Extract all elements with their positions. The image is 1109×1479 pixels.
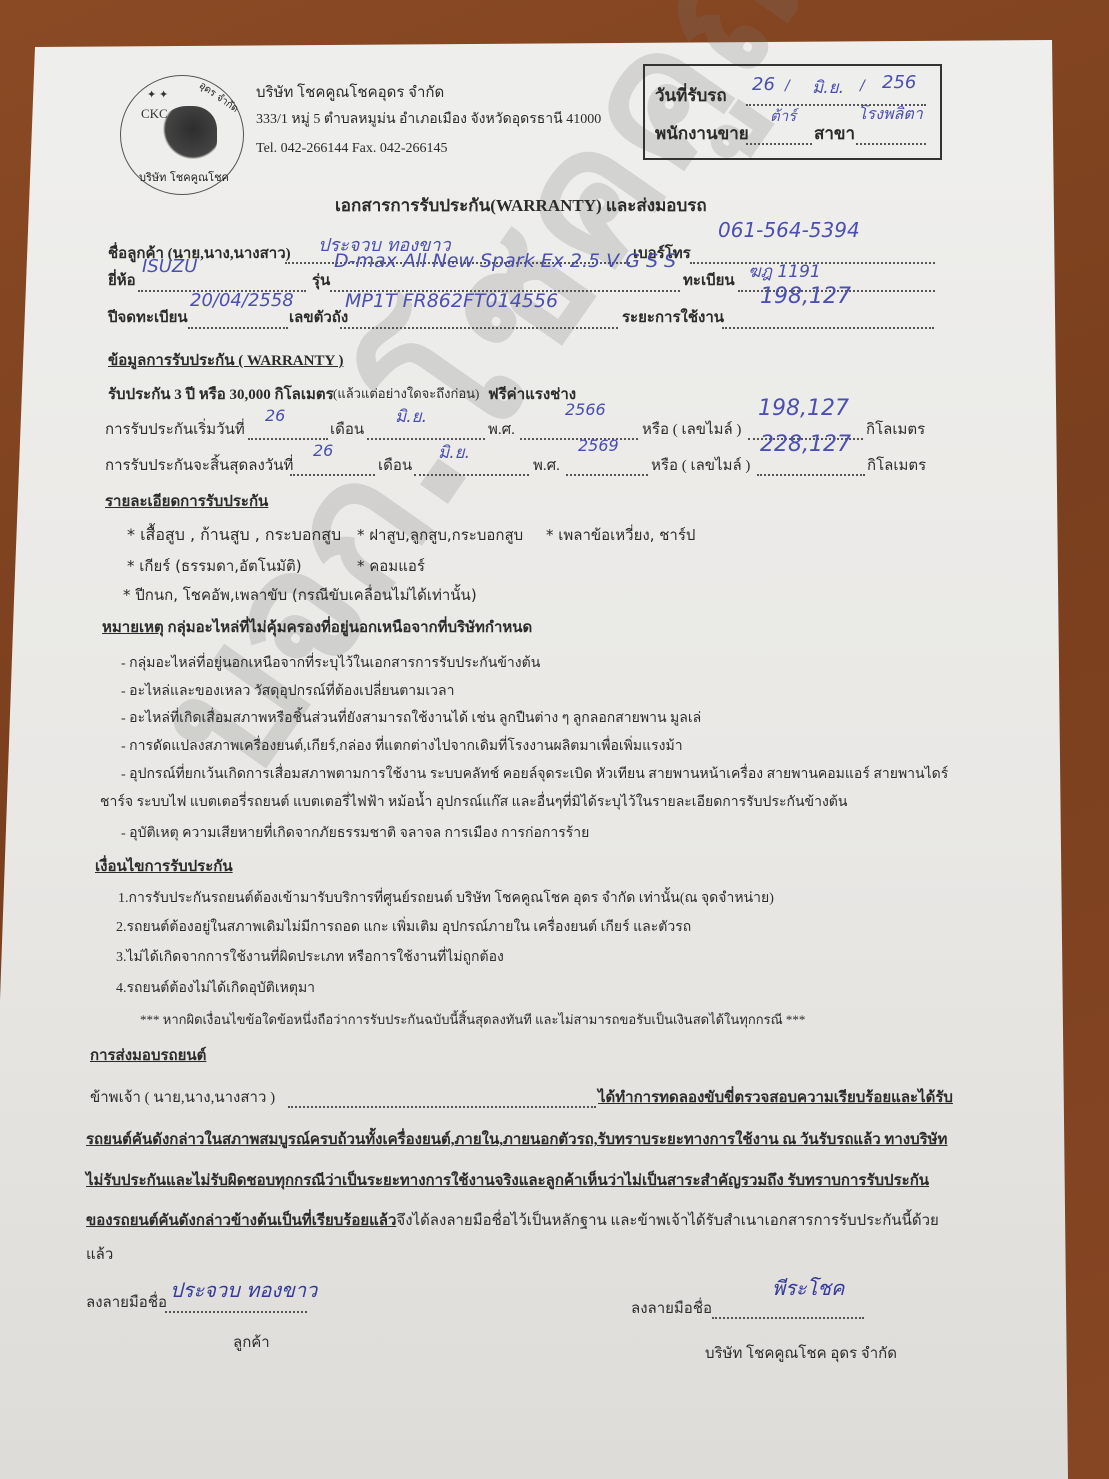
company-logo: ✦ ✦ CKC อุดร จำกัด บริษัท โชคคูณโชค <box>120 75 244 195</box>
end-year-value: 2569 <box>578 436 619 455</box>
remarks-heading-rest: กลุ่มอะไหล่ที่ไม่คุ้มครองที่อยู่นอกเหนือ… <box>168 620 533 636</box>
mileage-label: ระยะการใช้งาน <box>622 305 724 329</box>
end-month-label: เดือน <box>378 453 412 477</box>
receipt-date-year: 256 <box>882 72 916 93</box>
customer-role: ลูกค้า <box>233 1330 270 1354</box>
start-year-value: 2566 <box>565 400 606 419</box>
customer-signature: ประจวบ ทองขาว <box>170 1274 317 1306</box>
remark-item: - อุบัติเหตุ ความเสียหายที่เกิดจากภัยธรร… <box>121 822 589 844</box>
coverage-item: * ปีกนก, โชคอัพ,เพลาขับ (กรณีขับเคลื่อนไ… <box>123 583 477 607</box>
condition-item: 2.รถยนต์ต้องอยู่ในสภาพเดิมไม่มีการถอด แก… <box>116 916 691 938</box>
coverage-item: * ฝาสูบ,ลูกสูบ,กระบอกสูบ <box>357 523 523 547</box>
delivery-line4: ของรถยนต์คันดังกล่าวข้างต้นเป็นที่เรียบร… <box>86 1208 939 1232</box>
remark-item: - อะไหล่ที่เกิดเสื่อมสภาพหรือชิ้นส่วนที่… <box>121 707 701 729</box>
warranty-info-heading: ข้อมูลการรับประกัน ( WARRANTY ) <box>108 348 343 372</box>
brand-value: ISUZU <box>142 256 197 277</box>
coverage-item: * เสื้อสูบ , ก้านสูบ , กระบอกสูบ <box>127 523 341 548</box>
conditions-heading: เงื่อนไขการรับประกัน <box>95 854 233 878</box>
logo-ring-bottom: บริษัท โชคคูณโชค <box>139 168 229 186</box>
free-labor-label: ฟรีค่าแรงช่าง <box>488 382 576 406</box>
remark-item: - อุปกรณ์ที่ยกเว้นเกิดการเสื่อมสภาพตามกา… <box>121 763 948 785</box>
start-year-label: พ.ศ. <box>488 417 515 441</box>
star-icon: ✦ ✦ <box>147 88 168 101</box>
end-mileage-label: หรือ ( เลขไมล์ ) <box>651 453 750 477</box>
coverage-item: * เกียร์ (ธรรมดา,อัตโนมัติ) <box>127 554 302 578</box>
plate-value: ฆฎ 1191 <box>748 258 821 285</box>
start-month-value: มิ.ย. <box>395 403 427 430</box>
condition-item: 4.รถยนต์ต้องไม่ได้เกิดอุบัติเหตุมา <box>116 977 315 999</box>
company-sign-label: ลงลายมือชื่อ <box>631 1296 712 1320</box>
reg-year-value: 20/04/2558 <box>190 290 294 311</box>
delivery-line5: แล้ว <box>86 1242 113 1266</box>
branch-value: โรงพลิตา <box>858 102 923 127</box>
chassis-value: MP1T FR862FT014556 <box>345 290 558 312</box>
delivery-line1-suffix: ได้ทำการทดลองขับขี่ตรวจสอบความเรียบร้อยแ… <box>598 1085 953 1109</box>
coverage-item: * คอมแอร์ <box>357 554 425 578</box>
end-year-field[interactable] <box>566 454 648 476</box>
mileage-field[interactable] <box>722 307 934 329</box>
plate-label: ทะเบียน <box>683 268 735 292</box>
receipt-date-day: 26 <box>752 74 775 95</box>
start-day-value: 26 <box>265 406 285 425</box>
warranty-terms: รับประกัน 3 ปี หรือ 30,000 กิโลเมตร <box>108 382 334 406</box>
model-field[interactable] <box>330 270 680 292</box>
salesperson-label: พนักงานขาย <box>655 120 749 147</box>
delivery-line4-rest: จึงได้ลงลายมือชื่อไว้เป็นหลักฐาน และข้าพ… <box>396 1213 938 1229</box>
customer-name-label: ชื่อลูกค้า (นาย,นาง,นางสาว) <box>108 241 291 265</box>
start-day-field[interactable] <box>248 418 328 440</box>
company-signature: พีระโชค <box>772 1272 844 1304</box>
remark-item: - กลุ่มอะไหล่ที่อยู่นอกเหนือจากที่ระบุไว… <box>121 652 540 674</box>
end-km-label: กิโลเมตร <box>867 453 926 477</box>
delivery-line4-underlined: ของรถยนต์คันดังกล่าวข้างต้นเป็นที่เรียบร… <box>86 1213 396 1229</box>
document-title: เอกสารการรับประกัน(WARRANTY) และส่งมอบรถ <box>335 192 707 219</box>
coverage-item: * เพลาข้อเหวี่ยง, ชาร์ป <box>546 523 695 547</box>
conditions-warning: *** หากผิดเงื่อนไขข้อใดข้อหนึ่งถือว่าการ… <box>140 1009 805 1030</box>
end-month-field[interactable] <box>414 454 529 476</box>
reg-year-label: ปีจดทะเบียน <box>108 305 188 329</box>
company-name: บริษัท โชคคูณโชคอุดร จำกัด <box>256 80 444 104</box>
remark-item: - การดัดแปลงสภาพเครื่องยนต์,เกียร์,กล่อง… <box>121 735 683 757</box>
receipt-date-month: มิ.ย. <box>812 74 844 101</box>
company-contact: Tel. 042-266144 Fax. 042-266145 <box>256 141 448 157</box>
receipt-date-label: วันที่รับรถ <box>655 82 727 109</box>
start-mileage-label: หรือ ( เลขไมล์ ) <box>642 417 741 441</box>
end-date-label: การรับประกันจะสิ้นสุดลงวันที่ <box>105 453 293 477</box>
delivery-heading: การส่งมอบรถยนต์ <box>90 1043 206 1067</box>
horse-icon <box>157 106 217 164</box>
start-mileage-value: 198,127 <box>758 396 849 421</box>
remarks-title: หมายเหตุ กลุ่มอะไหล่ที่ไม่คุ้มครองที่อยู… <box>102 615 532 639</box>
end-year-label: พ.ศ. <box>533 453 560 477</box>
coverage-heading: รายละเอียดการรับประกัน <box>105 489 268 513</box>
model-value: D-max All New Spark Ex 2.5 V G S S <box>334 250 676 272</box>
delivery-line2: รถยนต์คันดังกล่าวในสภาพสมบูรณ์ครบถ้วนทั้… <box>86 1127 947 1151</box>
delivery-name-field[interactable] <box>288 1086 596 1108</box>
phone-value: 061-564-5394 <box>718 218 860 242</box>
condition-item: 1.การรับประกันรถยนต์ต้องเข้ามารับบริการท… <box>118 887 774 909</box>
company-address: 333/1 หมู่ 5 ตำบลหมูม่น อำเภอเมือง จังหว… <box>256 108 601 130</box>
start-km-label: กิโลเมตร <box>866 417 925 441</box>
model-label: รุ่น <box>312 268 330 292</box>
company-role: บริษัท โชคคูณโชค อุดร จำกัด <box>705 1341 897 1365</box>
brand-label: ยี่ห้อ <box>108 268 136 292</box>
delivery-line3: ไม่รับประกันและไม่รับผิดชอบทุกกรณีว่าเป็… <box>86 1168 929 1192</box>
end-mileage-field[interactable] <box>757 454 865 476</box>
delivery-line1-prefix: ข้าพเจ้า ( นาย,นาง,นางสาว ) <box>90 1085 275 1109</box>
condition-item: 3.ไม่ได้เกิดจากการใช้งานที่ผิดประเภท หรื… <box>116 946 504 968</box>
customer-sign-label: ลงลายมือชื่อ <box>86 1290 167 1314</box>
remark-item: - อะไหล่และของเหลว วัสดุอุปกรณ์ที่ต้องเป… <box>121 680 454 702</box>
remarks-heading: หมายเหตุ <box>102 620 164 636</box>
warranty-terms-note: (แล้วแต่อย่างใดจะถึงก่อน) <box>333 383 479 404</box>
branch-label: สาขา <box>814 120 855 147</box>
start-date-label: การรับประกันเริ่มวันที่ <box>105 417 245 441</box>
start-month-label: เดือน <box>330 417 364 441</box>
end-day-value: 26 <box>313 441 333 460</box>
end-mileage-value: 228,127 <box>760 432 851 457</box>
remark-item: ชาร์จ ระบบไฟ แบตเตอรี่รถยนต์ แบตเตอรี่ไฟ… <box>100 791 847 813</box>
salesperson-value: ต้าร์ <box>770 104 796 128</box>
end-month-value: มิ.ย. <box>438 439 470 466</box>
mileage-value: 198,127 <box>760 284 851 309</box>
